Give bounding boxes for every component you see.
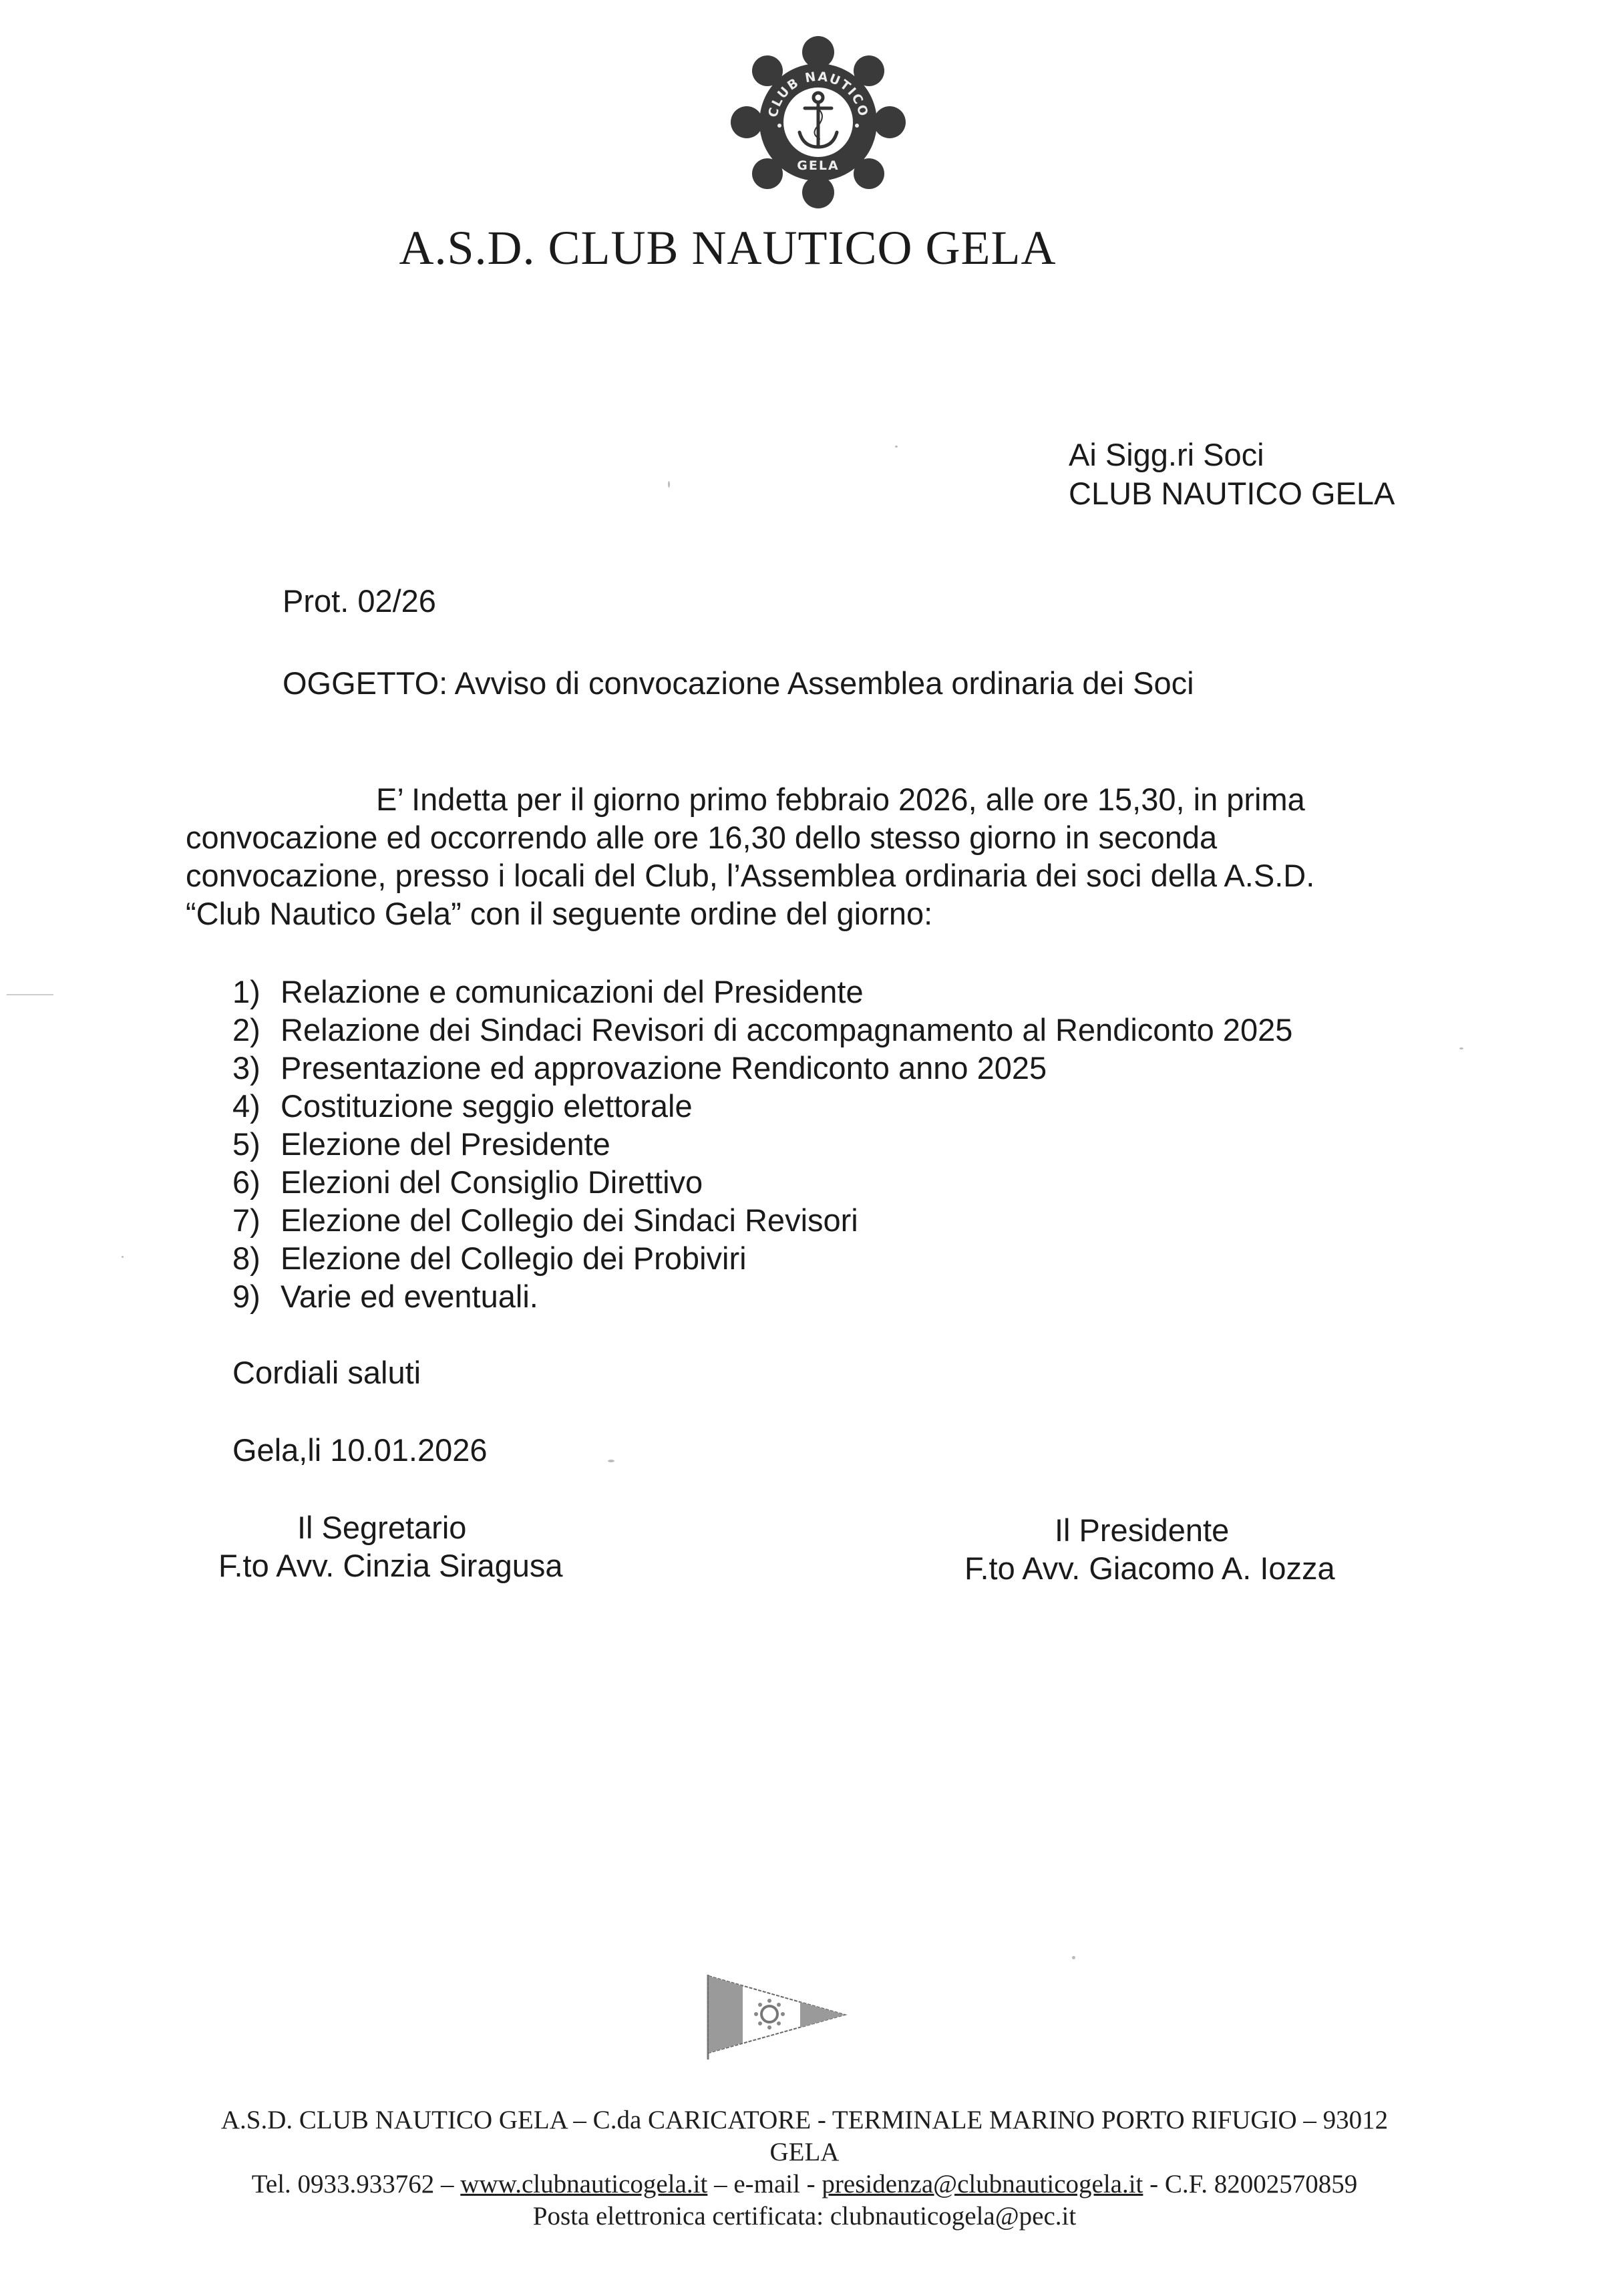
club-pennant-flag-icon: [701, 1969, 855, 2063]
footer-phone: Tel. 0933.933762 –: [252, 2170, 454, 2198]
agenda-item: 2)Relazione dei Sindaci Revisori di acco…: [232, 1011, 1292, 1049]
agenda-item: 4)Costituzione seggio elettorale: [232, 1087, 1292, 1125]
closing-greeting: Cordiali saluti: [232, 1354, 421, 1391]
signature-secretary: Il Segretario F.to Avv. Cinzia Siragusa: [218, 1508, 563, 1585]
recipient-block: Ai Sigg.ri Soci CLUB NAUTICO GELA: [1069, 436, 1395, 513]
scan-speck: [668, 481, 670, 488]
body-line: convocazione ed occorrendo alle ore 16,3…: [186, 818, 1401, 856]
scan-speck: [1072, 1956, 1075, 1959]
body-paragraph: E’ Indetta per il giorno primo febbraio …: [186, 780, 1401, 933]
subject-line: OGGETTO: Avviso di convocazione Assemble…: [283, 665, 1194, 701]
fiscal-code: - C.F. 82002570859: [1149, 2170, 1357, 2198]
website-link[interactable]: www.clubnauticogela.it: [460, 2170, 707, 2198]
ship-wheel-anchor-logo: CLUB NAUTICO GELA: [725, 32, 912, 212]
signature-role: Il Segretario: [218, 1508, 563, 1546]
agenda-item: 7)Elezione del Collegio dei Sindaci Revi…: [232, 1201, 1292, 1239]
signature-president: Il Presidente F.to Avv. Giacomo A. Iozza: [964, 1511, 1335, 1587]
place-and-date: Gela,li 10.01.2026: [232, 1432, 488, 1468]
email-link[interactable]: presidenza@clubnauticogela.it: [822, 2170, 1143, 2198]
agenda-item: 8)Elezione del Collegio dei Probiviri: [232, 1239, 1292, 1277]
scan-speck: [895, 446, 898, 448]
body-line: convocazione, presso i locali del Club, …: [186, 856, 1401, 894]
svg-text:GELA: GELA: [797, 158, 839, 173]
scan-speck: [7, 994, 53, 995]
agenda-item: 5)Elezione del Presidente: [232, 1125, 1292, 1163]
footer-pec: Posta elettronica certificata: clubnauti…: [0, 2200, 1609, 2233]
email-label: – e-mail -: [714, 2170, 816, 2198]
footer-address: A.S.D. CLUB NAUTICO GELA – C.da CARICATO…: [0, 2104, 1609, 2136]
agenda-item: 6)Elezioni del Consiglio Direttivo: [232, 1163, 1292, 1201]
signature-name: F.to Avv. Cinzia Siragusa: [218, 1546, 563, 1585]
agenda-item: 1)Relazione e comunicazioni del Presiden…: [232, 973, 1292, 1011]
letterhead-footer: A.S.D. CLUB NAUTICO GELA – C.da CARICATO…: [0, 2104, 1609, 2233]
body-line: E’ Indetta per il giorno primo febbraio …: [186, 780, 1401, 818]
footer-contacts: Tel. 0933.933762 – www.clubnauticogela.i…: [0, 2168, 1609, 2200]
recipient-line-2: CLUB NAUTICO GELA: [1069, 474, 1395, 513]
agenda-item: 3)Presentazione ed approvazione Rendicon…: [232, 1049, 1292, 1087]
signature-name: F.to Avv. Giacomo A. Iozza: [964, 1549, 1335, 1587]
organization-title: A.S.D. CLUB NAUTICO GELA: [0, 220, 1609, 276]
recipient-line-1: Ai Sigg.ri Soci: [1069, 436, 1395, 474]
body-line: “Club Nautico Gela” con il seguente ordi…: [186, 894, 1401, 933]
scan-speck: [1459, 1047, 1463, 1049]
protocol-number: Prot. 02/26: [283, 583, 436, 619]
footer-city: GELA: [0, 2136, 1609, 2168]
agenda-item: 9)Varie ed eventuali.: [232, 1277, 1292, 1315]
signature-role: Il Presidente: [964, 1511, 1335, 1549]
scan-speck: [122, 1256, 124, 1258]
scan-speck: [608, 1460, 614, 1462]
agenda-list: 1)Relazione e comunicazioni del Presiden…: [232, 973, 1292, 1315]
